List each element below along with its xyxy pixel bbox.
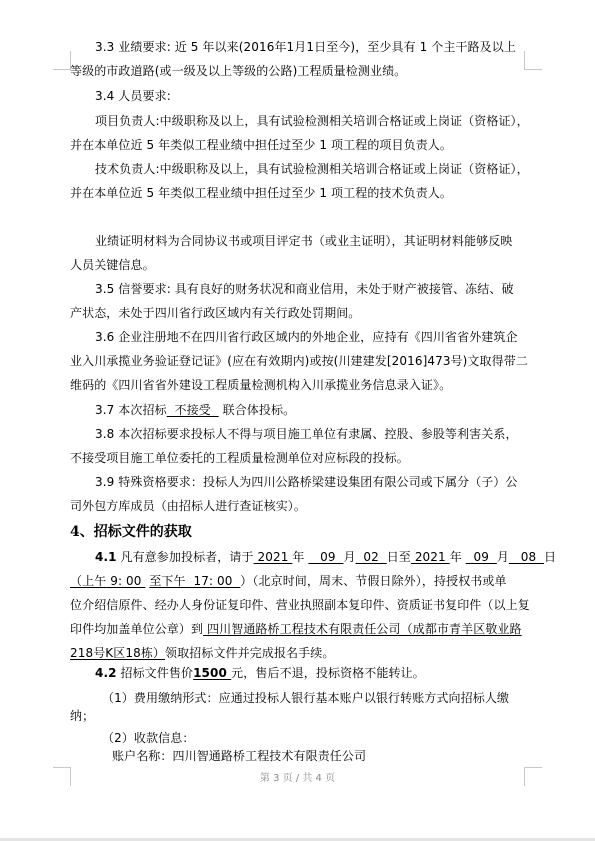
paragraph-3-9: 3.9 特殊资格要求：投标人为四川公路桥梁建设集团有限公司或下属分（子）公	[70, 475, 565, 489]
label-day-to: 日至	[387, 550, 411, 564]
label-year: 年	[450, 550, 462, 564]
label-month: 月	[343, 550, 355, 564]
hours-open: （上午	[70, 574, 106, 588]
page-indicator: 第 3 页 / 共 4 页	[0, 769, 595, 784]
paragraph-4-1: 4.1 凡有意参加投标者，请于 2021 年 09 月 02 日至 2021 年…	[70, 550, 565, 564]
paragraph-3-5-cont: 产状态，未处于四川省行政区域内有关行政处罚期间。	[70, 306, 540, 320]
paragraph-4-1-location-cont: 218号K区18栋）领取招标文件并完成报名手续。	[70, 646, 540, 660]
document-price: 1500	[193, 666, 231, 680]
pm-time: 17: 00	[186, 574, 241, 588]
p41-number: 4.1	[95, 550, 117, 564]
paragraph-3-4: 3.4 人员要求:	[70, 89, 565, 103]
location-company: 四川智通路桥工程技术有限责任公司（成都市青羊区敬业路	[203, 622, 522, 636]
location-suffix: 领取招标文件并完成报名手续。	[165, 646, 334, 660]
paragraph-3-7: 3.7 本次招标 不接受 联合体投标。	[70, 403, 565, 417]
start-day: 02	[356, 550, 387, 564]
start-year: 2021	[254, 550, 293, 564]
proof-materials: 业绩证明材料为合同协议书或项目评定书（或业主证明），其证明材料能够反映	[70, 234, 565, 248]
am-time: 9: 00	[106, 574, 145, 588]
paragraph-3-3: 3.3 业绩要求: 近 5 年以来(2016年1月1日至今)，至少具有 1 个主…	[70, 40, 565, 54]
end-year: 2021	[411, 550, 450, 564]
payment-method: （1）费用缴纳形式：应通过投标人银行基本账户以银行转账方式向招标人缴	[70, 691, 572, 705]
paragraph-3-6-cont: 业入川承揽业务验证登记证》(应在有效期内)或按(川建建发[2016]473号)文…	[70, 354, 540, 368]
paragraph-4-1-location: 印件均加盖单位公章）到 四川智通路桥工程技术有限责任公司（成都市青羊区敬业路	[70, 622, 540, 636]
document-page: 3.3 业绩要求: 近 5 年以来(2016年1月1日至今)，至少具有 1 个主…	[0, 0, 595, 841]
label-day: 日	[544, 550, 556, 564]
margin-corner-mark	[53, 51, 71, 70]
p41-text: 凡有意参加投标者，请于	[120, 550, 253, 564]
paragraph-4-2: 4.2 招标文件售价1500 元，售后不退，投标资格不能转让。	[70, 666, 565, 680]
p37-prefix: 3.7 本次招标	[95, 403, 167, 417]
paragraph-3-9-cont: 司外包方库成员（由招标人进行查证核实）。	[70, 499, 540, 513]
proof-materials-cont: 人员关键信息。	[70, 258, 540, 272]
technical-manager-req-cont: 并在本单位近 5 年类似工程业绩中担任过至少 1 项工程的技术负责人。	[70, 186, 540, 200]
technical-manager-req: 技术负责人:中级职称及以上，具有试验检测相关培训合格证或上岗证（资格证），	[70, 162, 565, 176]
paragraph-3-6-cont2: 维码的《四川省省外建设工程质量检测机构入川承揽业务信息录入证》。	[70, 378, 540, 392]
project-manager-req-cont: 并在本单位近 5 年类似工程业绩中担任过至少 1 项工程的项目负责人。	[70, 138, 540, 152]
p42-number: 4.2	[95, 666, 117, 680]
consortium-value: 不接受	[167, 403, 219, 417]
paragraph-4-1-hours: （上午 9: 00 至下午 17: 00 ）（北京时间，周末、节假日除外），持授…	[70, 574, 540, 588]
location-prefix: 印件均加盖单位公章）到	[70, 622, 203, 636]
paragraph-3-3-cont: 等级的市政道路(或一级及以上等级的公路)工程质量检测业绩。	[70, 64, 540, 78]
label-year: 年	[292, 550, 304, 564]
paragraph-3-6: 3.6 企业注册地不在四川省行政区域内的外地企业，应持有《四川省省外建筑企	[70, 330, 565, 344]
hours-to: 至下午	[149, 574, 185, 588]
label-month: 月	[497, 550, 509, 564]
p42-text-cont: 元，售后不退，投标资格不能转让。	[231, 666, 425, 680]
hours-note: ）（北京时间，周末、节假日除外），持授权书或单	[240, 574, 506, 588]
paragraph-4-1-docs: 位介绍信原件、经办人身份证复印件、营业执照副本复印件、资质证书复印件（以上复	[70, 598, 540, 612]
end-month: 09	[466, 550, 497, 564]
start-month: 09	[308, 550, 343, 564]
paragraph-3-8: 3.8 本次招标要求投标人不得与项目施工单位有隶属、控股、参股等利害关系，	[70, 427, 565, 441]
location-address: 218号K区18栋）	[70, 646, 165, 660]
p37-suffix: 联合体投标。	[223, 403, 296, 417]
paragraph-3-8-cont: 不接受项目施工单位委托的工程质量检测单位对应标段的投标。	[70, 451, 540, 465]
section-heading-4: 4、招标文件的获取	[70, 524, 192, 540]
receipt-info: （2）收款信息：	[70, 731, 572, 745]
paragraph-3-5: 3.5 信誉要求: 具有良好的财务状况和商业信用，未处于财产被接管、冻结、破	[70, 282, 565, 296]
account-name: 账户名称：四川智通路桥工程技术有限责任公司	[70, 749, 582, 763]
p42-text: 招标文件售价	[120, 666, 193, 680]
end-day: 08	[509, 550, 544, 564]
payment-method-cont: 纳；	[70, 709, 540, 723]
project-manager-req: 项目负责人:中级职称及以上，具有试验检测相关培训合格证或上岗证（资格证），	[70, 114, 565, 128]
